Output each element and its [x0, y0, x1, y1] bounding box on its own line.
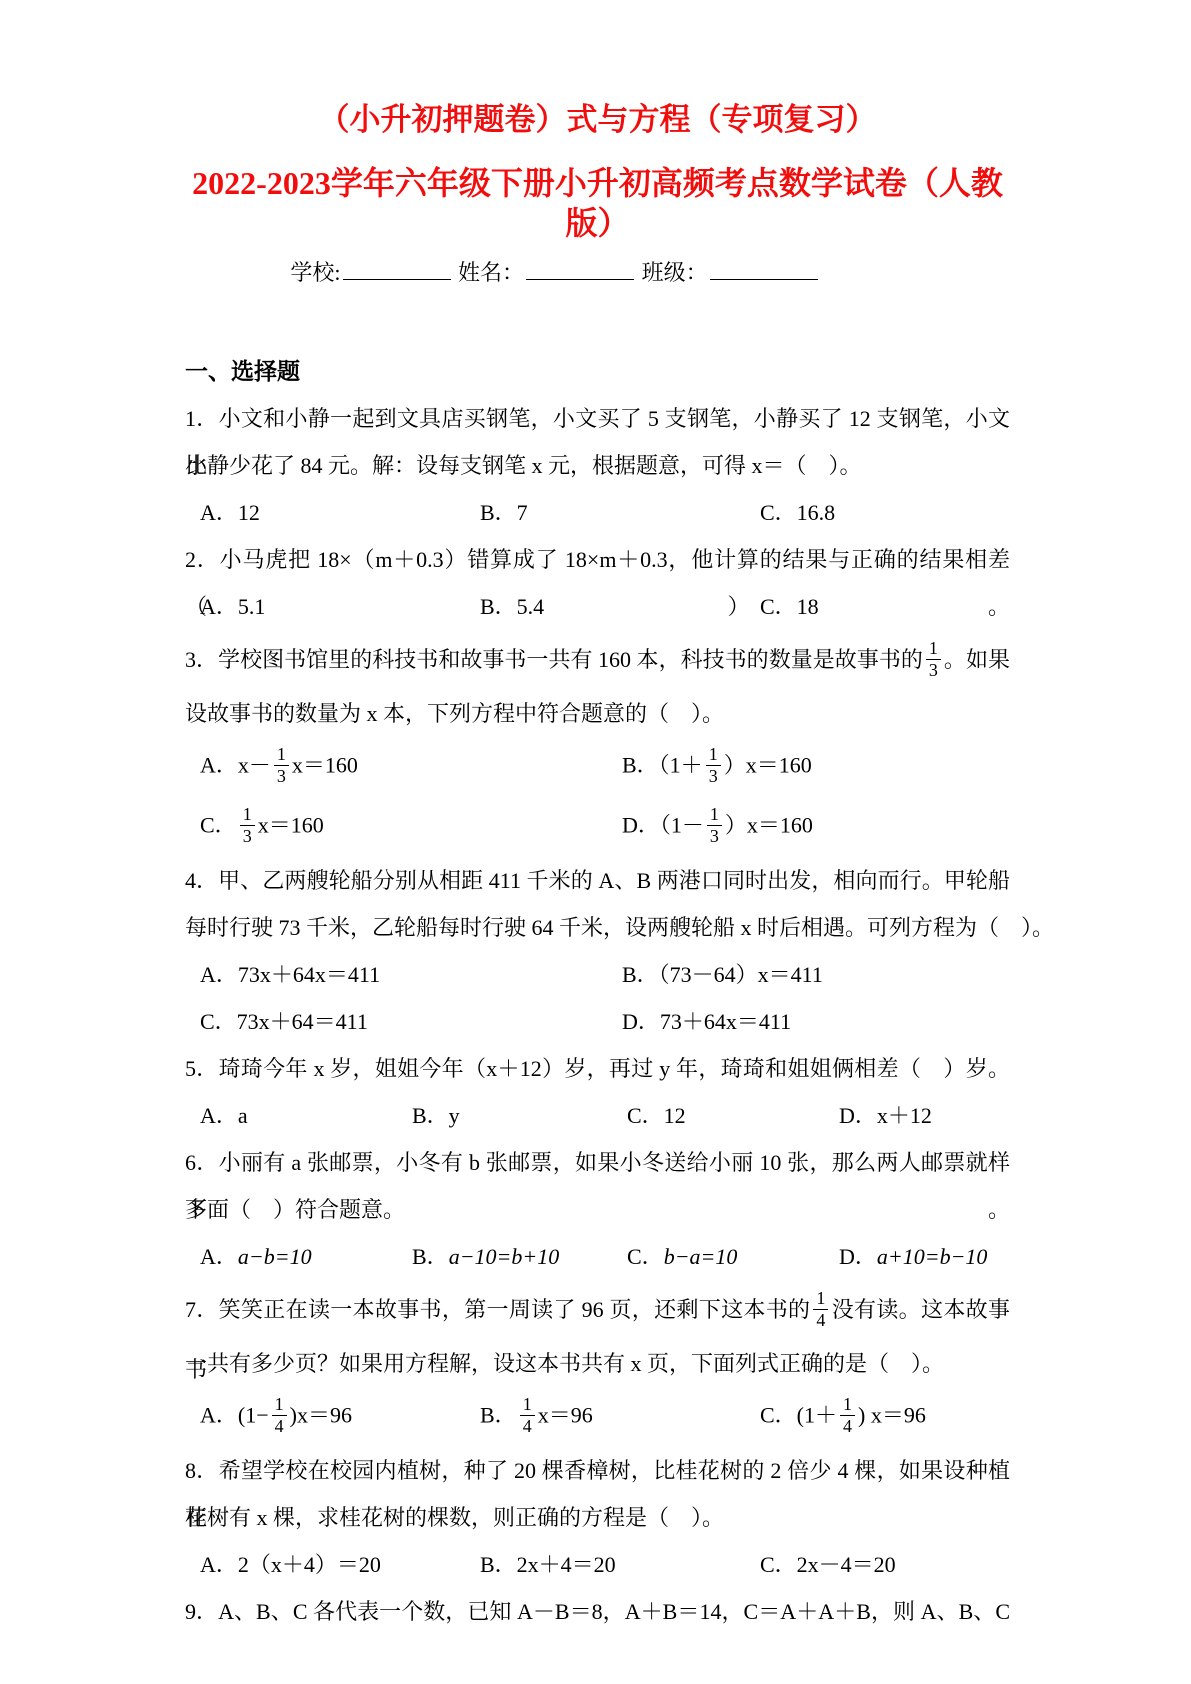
q5-options-row: A．a B．y C．12 D．x＋12: [185, 1092, 1010, 1139]
q6-option-d: D．a+10=b−10: [839, 1233, 1010, 1280]
q3-option-a-post: x＝160: [292, 752, 358, 777]
q1-option-c: C．16.8: [760, 489, 1010, 536]
q3-line-1-post: 。如果: [944, 647, 1010, 672]
q8-line-2: 花树有 x 棵，求桂花树的棵数，则正确的方程是（ ）。: [185, 1494, 1010, 1541]
q7-option-c: C．(1＋14) x＝96: [760, 1396, 1010, 1439]
frac-den: 4: [272, 1415, 287, 1437]
q4-option-a: A．73x＋64x＝411: [200, 951, 622, 998]
q3-option-a-pre: A．x－: [200, 752, 271, 777]
q7-option-a-pre: A．(1−: [200, 1402, 269, 1427]
page-subtitle: 2022-2023学年六年级下册小升初高频考点数学试卷（人教版）: [185, 163, 1010, 243]
q5-option-a: A．a: [200, 1092, 412, 1139]
fraction-one-third: 13: [926, 638, 941, 681]
q6-option-b-label: B．: [412, 1244, 449, 1269]
q3-option-d-pre: D．（1－: [622, 812, 704, 837]
frac-num: 1: [813, 1288, 828, 1309]
class-label: 班级：: [642, 260, 708, 285]
q6-option-c: C．b−a=10: [627, 1233, 839, 1280]
frac-num: 1: [926, 638, 941, 659]
q7-line-2: 一共有多少页？如果用方程解，设这本书共有 x 页，下面列式正确的是（ ）。: [185, 1340, 1010, 1387]
q4-line-2: 每时行驶 73 千米，乙轮船每时行驶 64 千米，设两艘轮船 x 时后相遇。可列…: [185, 904, 1010, 951]
q7-option-b: B．14x＝96: [480, 1396, 760, 1439]
school-blank-line: [343, 255, 451, 280]
q2-option-b: B．5.4: [480, 583, 760, 630]
q4-options-row-ab: A．73x＋64x＝411 B．（73－64）x＝411: [185, 951, 1010, 998]
q8-line-1: 8．希望学校在校园内植树，种了 20 棵香樟树，比桂花树的 2 倍少 4 棵，如…: [185, 1447, 1010, 1494]
fraction-one-quarter: 14: [272, 1394, 287, 1437]
q3-option-c-post: x＝160: [258, 812, 324, 837]
q3-line-1: 3．学校图书馆里的科技书和故事书一共有 160 本，科技书的数量是故事书的13。…: [185, 630, 1010, 690]
q5-line-1: 5．琦琦今年 x 岁，姐姐今年（x＋12）岁，再过 y 年，琦琦和姐姐俩相差（ …: [185, 1045, 1010, 1092]
frac-num: 1: [840, 1394, 855, 1415]
q7-option-c-post: ) x＝96: [858, 1402, 926, 1427]
frac-den: 3: [926, 659, 941, 681]
frac-num: 1: [274, 744, 289, 765]
q6-option-d-label: D．: [839, 1244, 877, 1269]
q6-line-1: 6．小丽有 a 张邮票，小冬有 b 张邮票，如果小冬送给小丽 10 张，那么两人…: [185, 1139, 1010, 1186]
q6-option-c-equation: b−a=10: [664, 1244, 738, 1269]
q4-option-c: C．73x＋64＝411: [200, 998, 622, 1045]
q4-option-b: B．（73－64）x＝411: [622, 951, 1010, 998]
q3-option-b-post: ）x＝160: [724, 752, 812, 777]
q7-option-a: A．(1−14)x＝96: [200, 1396, 480, 1439]
q6-options-row: A．a−b=10 B．a−10=b+10 C．b−a=10 D．a+10=b−1…: [185, 1233, 1010, 1280]
page-title: （小升初押题卷）式与方程（专项复习）: [185, 100, 1010, 140]
q6-option-d-equation: a+10=b−10: [877, 1244, 988, 1269]
frac-den: 3: [707, 825, 722, 847]
q3-option-b: B．（1＋13）x＝160: [622, 746, 1010, 789]
frac-den: 4: [813, 1309, 828, 1331]
q7-options-row: A．(1−14)x＝96 B．14x＝96 C．(1＋14) x＝96: [185, 1387, 1010, 1447]
q3-option-b-pre: B．（1＋: [622, 752, 703, 777]
frac-den: 3: [240, 825, 255, 847]
name-blank-line: [526, 255, 634, 280]
q7-option-b-post: x＝96: [538, 1402, 593, 1427]
q3-line-2: 设故事书的数量为 x 本，下列方程中符合题意的（ ）。: [185, 690, 1010, 737]
q3-option-d: D．（1－13）x＝160: [622, 806, 1010, 849]
frac-num: 1: [520, 1394, 535, 1415]
fraction-one-third: 13: [240, 804, 255, 847]
q7-option-a-post: )x＝96: [290, 1402, 352, 1427]
q1-option-b: B．7: [480, 489, 760, 536]
q8-option-b: B．2x＋4＝20: [480, 1541, 760, 1588]
frac-num: 1: [240, 804, 255, 825]
q6-option-c-label: C．: [627, 1244, 664, 1269]
fraction-one-quarter: 14: [520, 1394, 535, 1437]
q3-options-row-cd: C．13x＝160 D．（1－13）x＝160: [185, 797, 1010, 857]
section-title: 一、选择题: [185, 349, 1010, 395]
frac-num: 1: [272, 1394, 287, 1415]
q3-option-c: C．13x＝160: [200, 806, 622, 849]
q3-option-d-post: ）x＝160: [725, 812, 813, 837]
q3-option-c-pre: C．: [200, 812, 237, 837]
q2-options-row: A．5.1 B．5.4 C．18: [185, 583, 1010, 630]
name-label: 姓名：: [458, 260, 524, 285]
q6-option-a-equation: a−b=10: [238, 1244, 312, 1269]
class-blank-line: [710, 255, 818, 280]
q2-line-1: 2．小马虎把 18×（m＋0.3）错算成了 18×m＋0.3，他计算的结果与正确…: [185, 536, 1010, 583]
student-info-line: 学校: 姓名： 班级：: [185, 255, 1010, 291]
frac-num: 1: [707, 804, 722, 825]
fraction-one-third: 13: [274, 744, 289, 787]
q7-option-b-pre: B．: [480, 1402, 517, 1427]
q7-option-c-pre: C．(1＋: [760, 1402, 837, 1427]
q6-option-b: B．a−10=b+10: [412, 1233, 627, 1280]
frac-den: 4: [520, 1415, 535, 1437]
q4-line-1: 4．甲、乙两艘轮船分别从相距 411 千米的 A、B 两港口同时出发，相向而行。…: [185, 857, 1010, 904]
q8-options-row: A．2（x＋4）＝20 B．2x＋4＝20 C．2x－4＝20: [185, 1541, 1010, 1588]
q6-option-b-equation: a−10=b+10: [449, 1244, 560, 1269]
q7-line-1: 7．笑笑正在读一本故事书，第一周读了 96 页，还剩下这本书的14没有读。这本故…: [185, 1280, 1010, 1340]
q6-option-a: A．a−b=10: [200, 1233, 412, 1280]
q1-option-a: A．12: [200, 489, 480, 536]
fraction-one-quarter: 14: [813, 1288, 828, 1331]
q9-line-1: 9．A、B、C 各代表一个数，已知 A－B＝8，A＋B＝14，C＝A＋A＋B，则…: [185, 1588, 1010, 1635]
q7-line-1-pre: 7．笑笑正在读一本故事书，第一周读了 96 页，还剩下这本书的: [185, 1297, 810, 1322]
q1-line-1: 1．小文和小静一起到文具店买钢笔，小文买了 5 支钢笔，小静买了 12 支钢笔，…: [185, 395, 1010, 442]
frac-den: 4: [840, 1415, 855, 1437]
school-label: 学校:: [290, 260, 340, 285]
q2-option-c: C．18: [760, 583, 1010, 630]
q8-option-a: A．2（x＋4）＝20: [200, 1541, 480, 1588]
frac-den: 3: [274, 765, 289, 787]
q5-option-c: C．12: [627, 1092, 839, 1139]
q1-options-row: A．12 B．7 C．16.8: [185, 489, 1010, 536]
q5-option-d: D．x＋12: [839, 1092, 1010, 1139]
q1-line-2: 小静少花了 84 元。解：设每支钢笔 x 元，根据题意，可得 x＝（ ）。: [185, 442, 1010, 489]
q4-option-d: D．73＋64x＝411: [622, 998, 1010, 1045]
exam-document-page: （小升初押题卷）式与方程（专项复习） 2022-2023学年六年级下册小升初高频…: [0, 0, 1191, 1684]
q8-option-c: C．2x－4＝20: [760, 1541, 1010, 1588]
q4-options-row-cd: C．73x＋64＝411 D．73＋64x＝411: [185, 998, 1010, 1045]
q3-options-row-ab: A．x－13x＝160 B．（1＋13）x＝160: [185, 737, 1010, 797]
fraction-one-quarter: 14: [840, 1394, 855, 1437]
fraction-one-third: 13: [707, 804, 722, 847]
q3-line-1-pre: 3．学校图书馆里的科技书和故事书一共有 160 本，科技书的数量是故事书的: [185, 647, 923, 672]
frac-num: 1: [706, 744, 721, 765]
q5-option-b: B．y: [412, 1092, 627, 1139]
frac-den: 3: [706, 765, 721, 787]
q3-option-a: A．x－13x＝160: [200, 746, 622, 789]
fraction-one-third: 13: [706, 744, 721, 787]
q2-option-a: A．5.1: [200, 583, 480, 630]
q6-option-a-label: A．: [200, 1244, 238, 1269]
